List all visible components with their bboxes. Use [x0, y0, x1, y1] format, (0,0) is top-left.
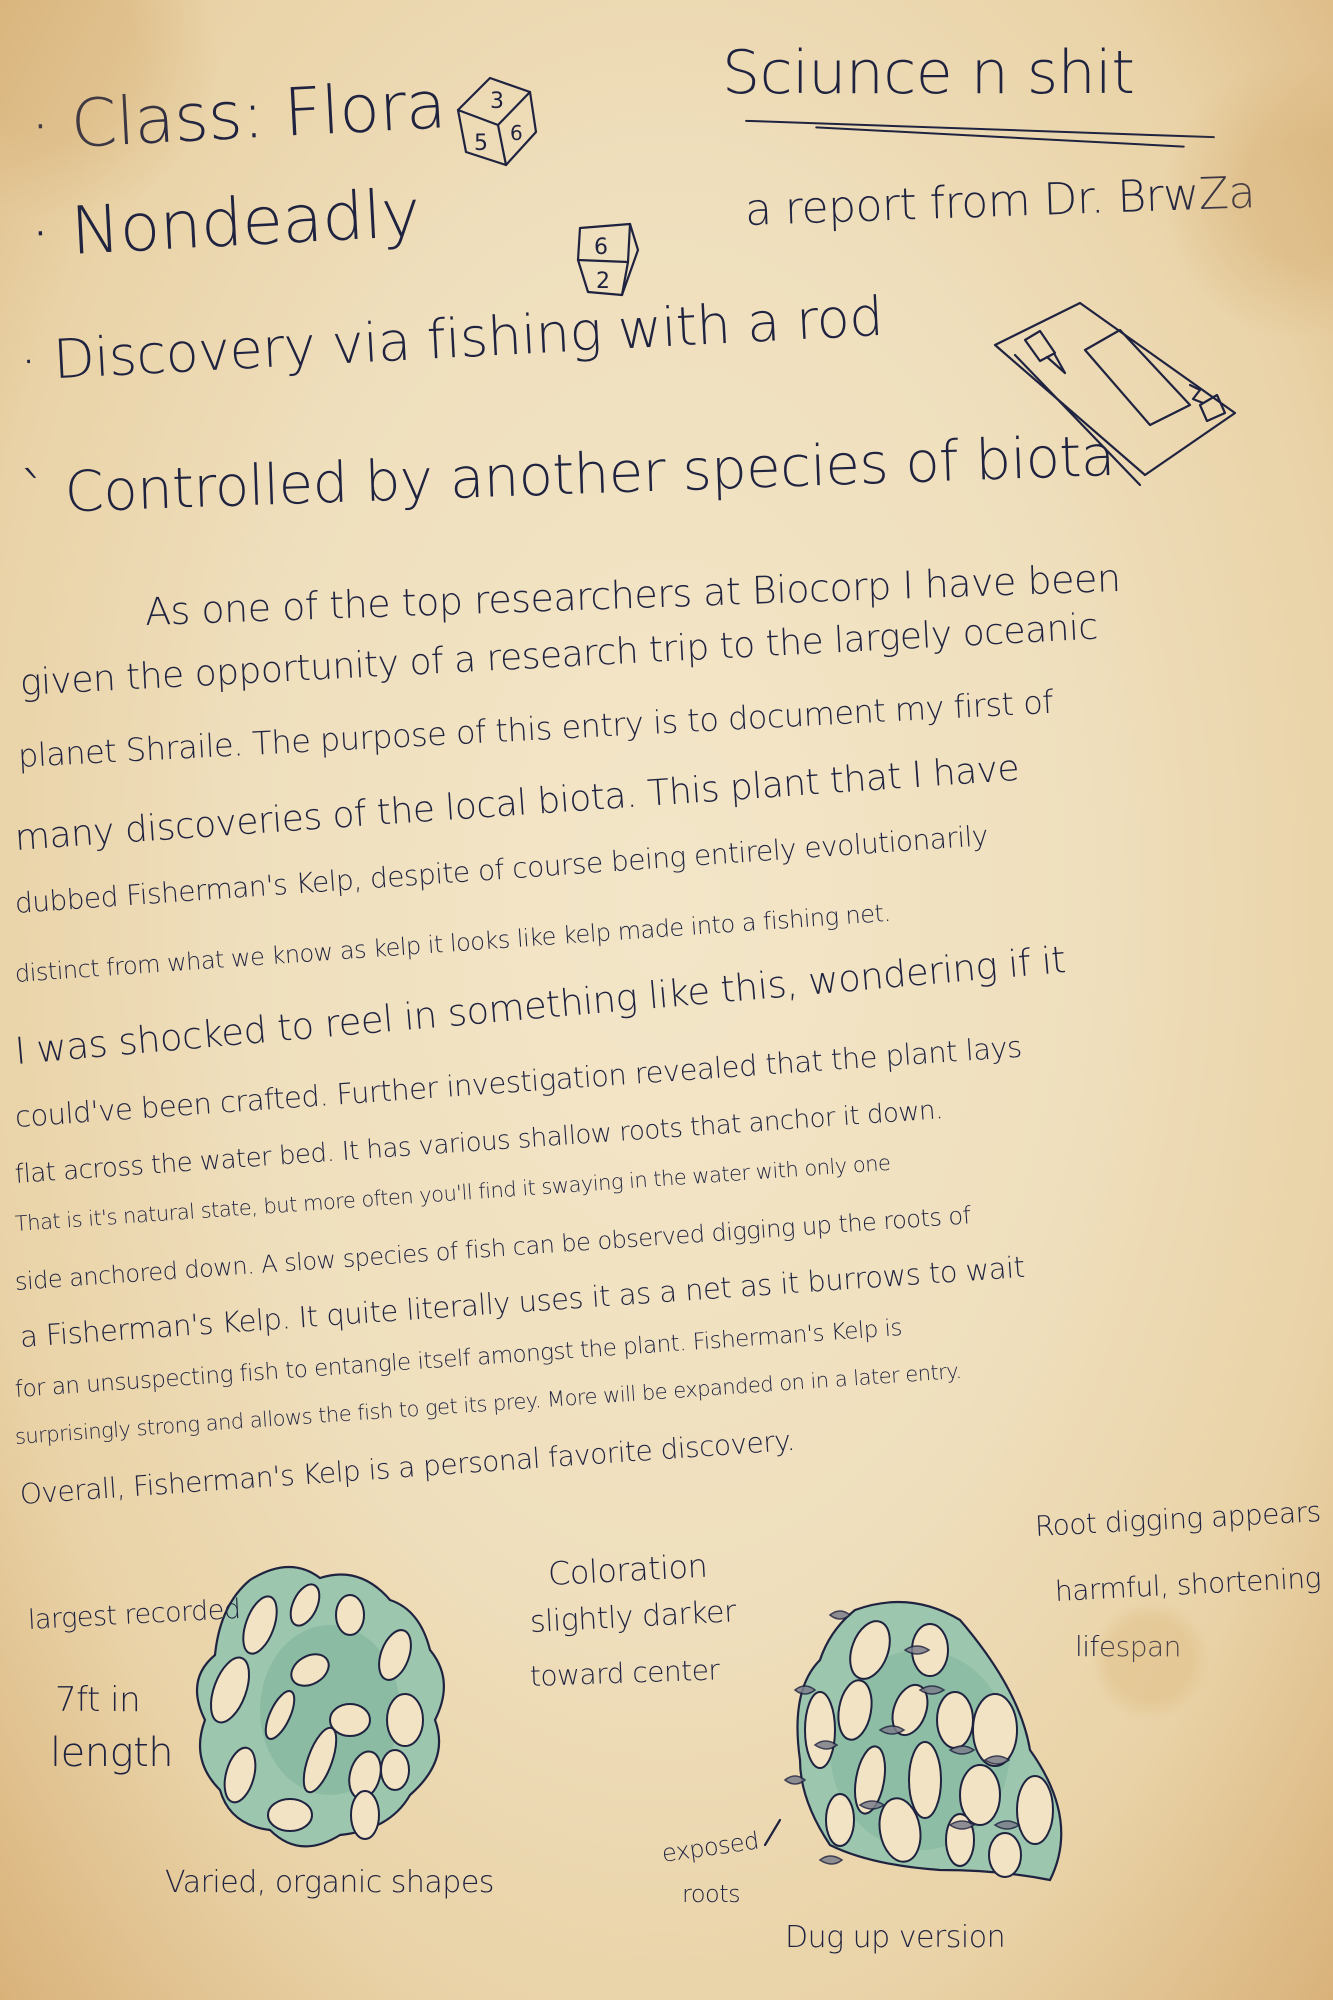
- bullet-dot: `: [19, 460, 66, 527]
- dug-up-kelp-illustration: [760, 1580, 1100, 1920]
- die-icon: 3 5 6: [450, 70, 540, 170]
- annotation-exposed-1: exposed: [660, 1827, 760, 1868]
- svg-text:6: 6: [594, 235, 608, 260]
- bullet-controlled: ` Controlled by another species of biota: [19, 424, 1116, 527]
- annotation-length-1: 7ft in: [55, 1680, 140, 1720]
- bullet-nondeadly: · Nondeadly: [28, 175, 422, 272]
- annotation-coloration-1: Coloration: [547, 1547, 708, 1593]
- annotation-root-digging-1: Root digging appears: [1034, 1495, 1321, 1543]
- svg-text:5: 5: [474, 131, 488, 156]
- journal-page: · Class: Flora · Nondeadly · Discovery v…: [0, 0, 1333, 2000]
- annotation-varied-shapes: Varied, organic shapes: [165, 1865, 494, 1900]
- annotation-coloration-2: slightly darker: [529, 1594, 737, 1640]
- bullet-discovery: · Discovery via fishing with a rod: [18, 285, 884, 393]
- page-title: Sciunce n shit: [722, 38, 1134, 108]
- svg-text:2: 2: [596, 269, 610, 294]
- annotation-root-digging-2: harmful, shortening: [1054, 1561, 1322, 1608]
- annotation-exposed-2: roots: [682, 1880, 740, 1908]
- annotation-root-digging-3: lifespan: [1075, 1630, 1181, 1663]
- bullet-dot: ·: [28, 86, 73, 165]
- annotation-length-2: length: [50, 1730, 173, 1776]
- bullet-dot: ·: [18, 328, 55, 393]
- annotation-dug-up: Dug up version: [785, 1920, 1005, 1955]
- annotation-coloration-3: toward center: [529, 1653, 719, 1693]
- svg-text:6: 6: [510, 121, 523, 145]
- page-subtitle: a report from Dr. BrwZa: [744, 167, 1256, 236]
- handheld-device-icon: [985, 295, 1265, 515]
- svg-text:3: 3: [490, 89, 504, 114]
- bullet-class: · Class: Flora: [28, 66, 448, 165]
- die-icon: 6 2: [570, 220, 645, 300]
- bullet-dot: ·: [28, 193, 73, 272]
